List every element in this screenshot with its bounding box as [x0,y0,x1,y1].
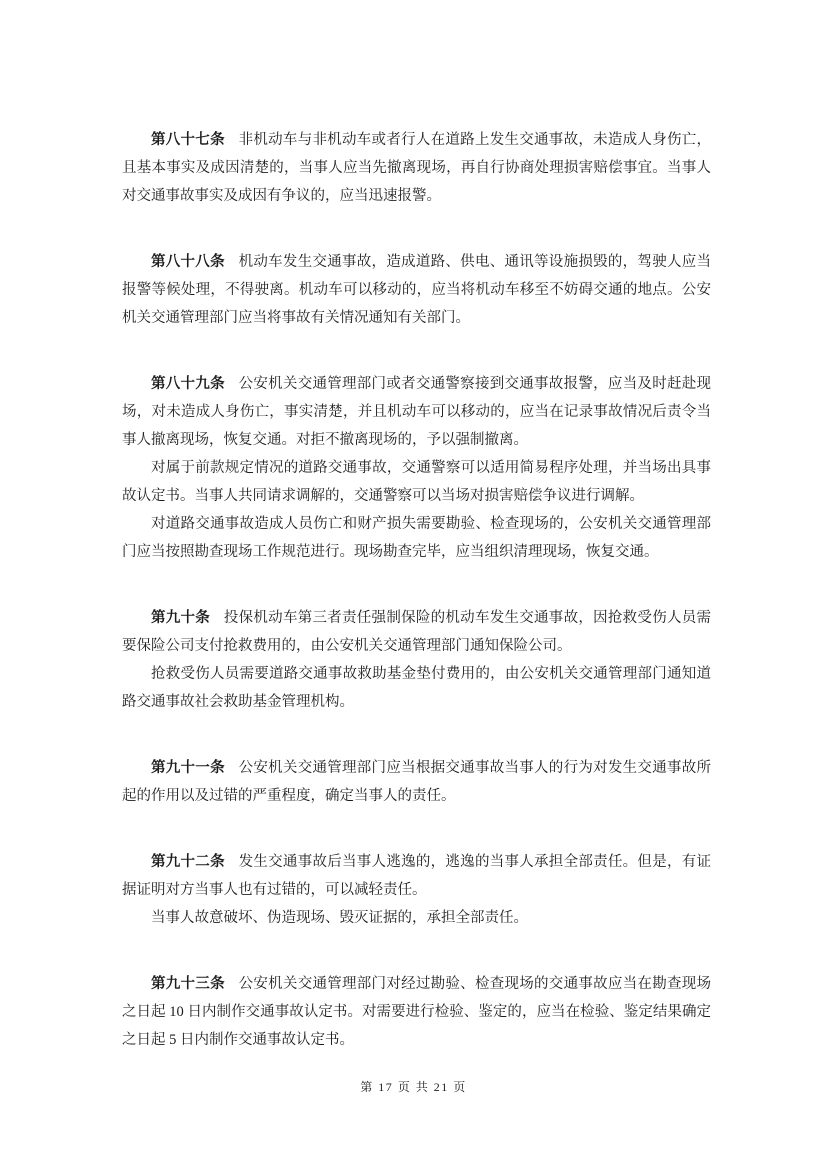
article-paragraph: 对属于前款规定情况的道路交通事故，交通警察可以适用简易程序处理，并当场出具事故认… [122,454,711,510]
article-92: 第九十二条发生交通事故后当事人逃逸的，逃逸的当事人承担全部责任。但是，有证据证明… [122,848,711,932]
article-91: 第九十一条公安机关交通管理部门应当根据交通事故当事人的行为对发生交通事故所起的作… [122,754,711,810]
article-number: 第八十八条 [151,254,225,270]
article-87: 第八十七条非机动车与非机动车或者行人在道路上发生交通事故，未造成人身伤亡，且基本… [122,126,711,210]
article-90: 第九十条投保机动车第三者责任强制保险的机动车发生交通事故，因抢救受伤人员需要保险… [122,604,711,716]
article-lead-paragraph: 第八十七条非机动车与非机动车或者行人在道路上发生交通事故，未造成人身伤亡，且基本… [122,126,711,210]
document-content: 第八十七条非机动车与非机动车或者行人在道路上发生交通事故，未造成人身伤亡，且基本… [0,0,827,1054]
page-number-indicator: 第 17 页 共 21 页 [360,1080,467,1094]
article-lead-paragraph: 第九十条投保机动车第三者责任强制保险的机动车发生交通事故，因抢救受伤人员需要保险… [122,604,711,660]
article-lead-paragraph: 第九十三条公安机关交通管理部门对经过勘验、检查现场的交通事故应当在勘查现场之日起… [122,970,711,1054]
article-lead-paragraph: 第九十二条发生交通事故后当事人逃逸的，逃逸的当事人承担全部责任。但是，有证据证明… [122,848,711,904]
article-number: 第九十条 [151,610,210,626]
page-footer: 第 17 页 共 21 页 [0,1078,827,1095]
article-number: 第八十九条 [151,376,225,392]
article-number: 第九十二条 [151,854,225,870]
article-paragraph: 当事人故意破坏、伪造现场、毁灭证据的，承担全部责任。 [122,904,711,932]
article-paragraph: 抢救受伤人员需要道路交通事故救助基金垫付费用的，由公安机关交通管理部门通知道路交… [122,660,711,716]
article-89: 第八十九条公安机关交通管理部门或者交通警察接到交通事故报警，应当及时赶赴现场，对… [122,370,711,566]
article-lead-paragraph: 第九十一条公安机关交通管理部门应当根据交通事故当事人的行为对发生交通事故所起的作… [122,754,711,810]
article-lead-paragraph: 第八十九条公安机关交通管理部门或者交通警察接到交通事故报警，应当及时赶赴现场，对… [122,370,711,454]
article-93: 第九十三条公安机关交通管理部门对经过勘验、检查现场的交通事故应当在勘查现场之日起… [122,970,711,1054]
article-number: 第九十三条 [151,976,225,992]
document-page: 第八十七条非机动车与非机动车或者行人在道路上发生交通事故，未造成人身伤亡，且基本… [0,0,827,1170]
article-paragraph: 对道路交通事故造成人员伤亡和财产损失需要勘验、检查现场的，公安机关交通管理部门应… [122,510,711,566]
article-number: 第九十一条 [151,760,225,776]
article-88: 第八十八条机动车发生交通事故，造成道路、供电、通讯等设施损毁的，驾驶人应当报警等… [122,248,711,332]
article-text: 投保机动车第三者责任强制保险的机动车发生交通事故，因抢救受伤人员需要保险公司支付… [122,610,711,654]
article-lead-paragraph: 第八十八条机动车发生交通事故，造成道路、供电、通讯等设施损毁的，驾驶人应当报警等… [122,248,711,332]
article-number: 第八十七条 [151,132,225,148]
